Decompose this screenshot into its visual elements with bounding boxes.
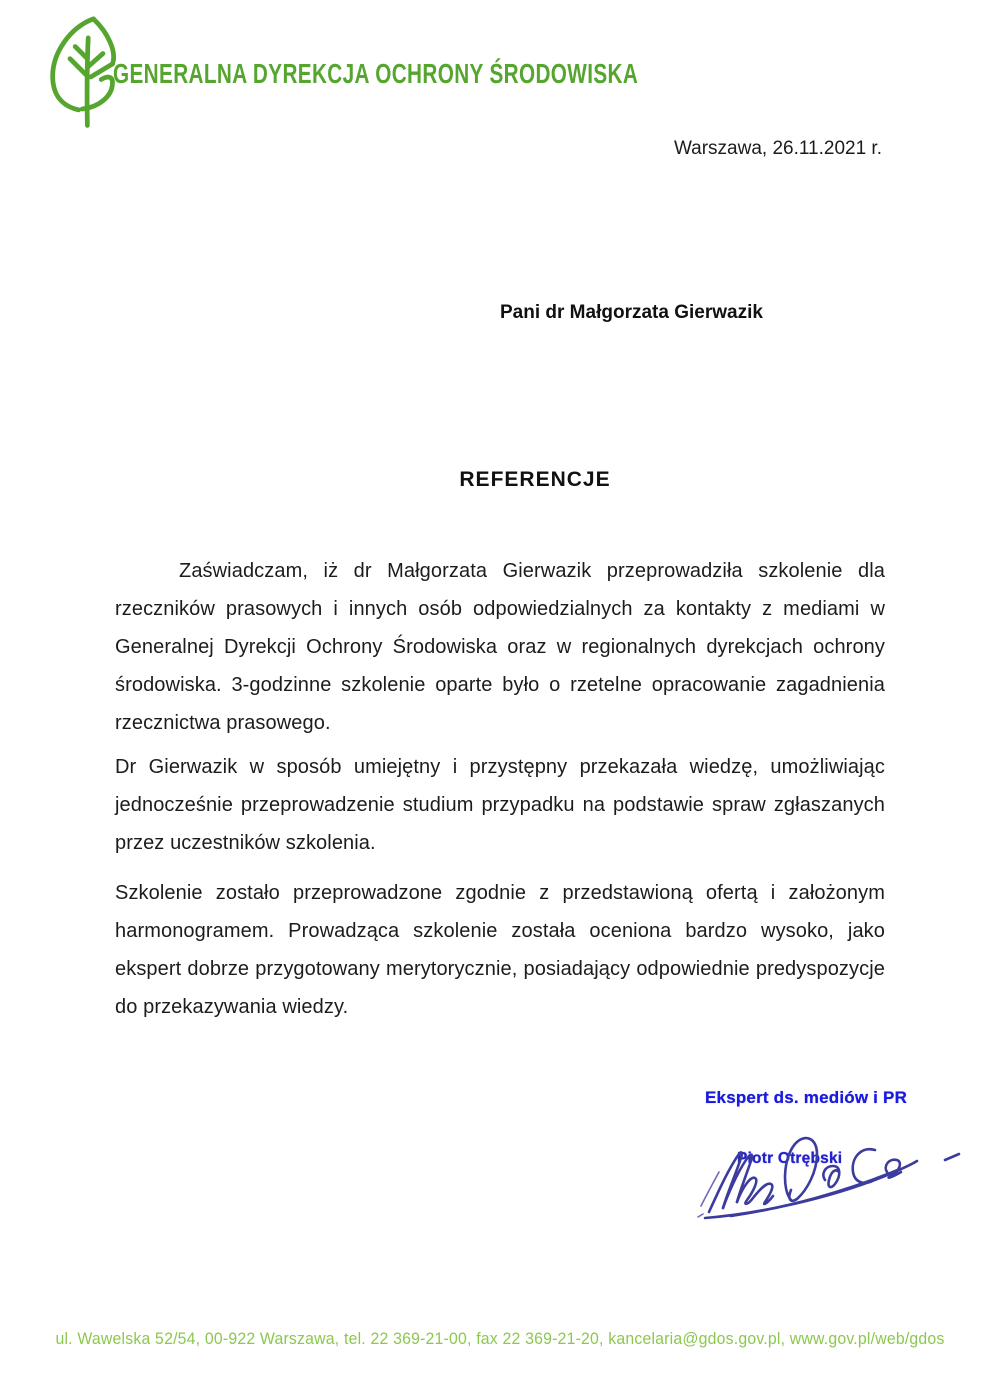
document-title: REFERENCJE [70, 468, 1000, 492]
paragraph-1: Zaświadczam, iż dr Małgorzata Gierwazik … [115, 552, 885, 742]
leaf-logo-icon [44, 6, 122, 134]
footer-contact-line: ul. Wawelska 52/54, 00-922 Warszawa, tel… [20, 1330, 980, 1349]
recipient-name: Pani dr Małgorzata Gierwazik [500, 302, 763, 324]
org-name: GENERALNA DYREKCJA OCHRONY ŚRODOWISKA [113, 58, 638, 90]
handwritten-signature-icon [695, 1128, 967, 1226]
paragraph-2: Dr Gierwazik w sposób umiejętny i przyst… [115, 748, 885, 862]
date-line: Warszawa, 26.11.2021 r. [674, 138, 882, 160]
letter-page: GENERALNA DYREKCJA OCHRONY ŚRODOWISKA Wa… [0, 0, 1000, 1376]
signature-block: Piotr Otrębski [695, 1128, 967, 1226]
stamp-role-text: Ekspert ds. mediów i PR [705, 1088, 907, 1108]
letterhead: GENERALNA DYREKCJA OCHRONY ŚRODOWISKA [0, 0, 1000, 140]
paragraph-3: Szkolenie zostało przeprowadzone zgodnie… [115, 874, 885, 1026]
